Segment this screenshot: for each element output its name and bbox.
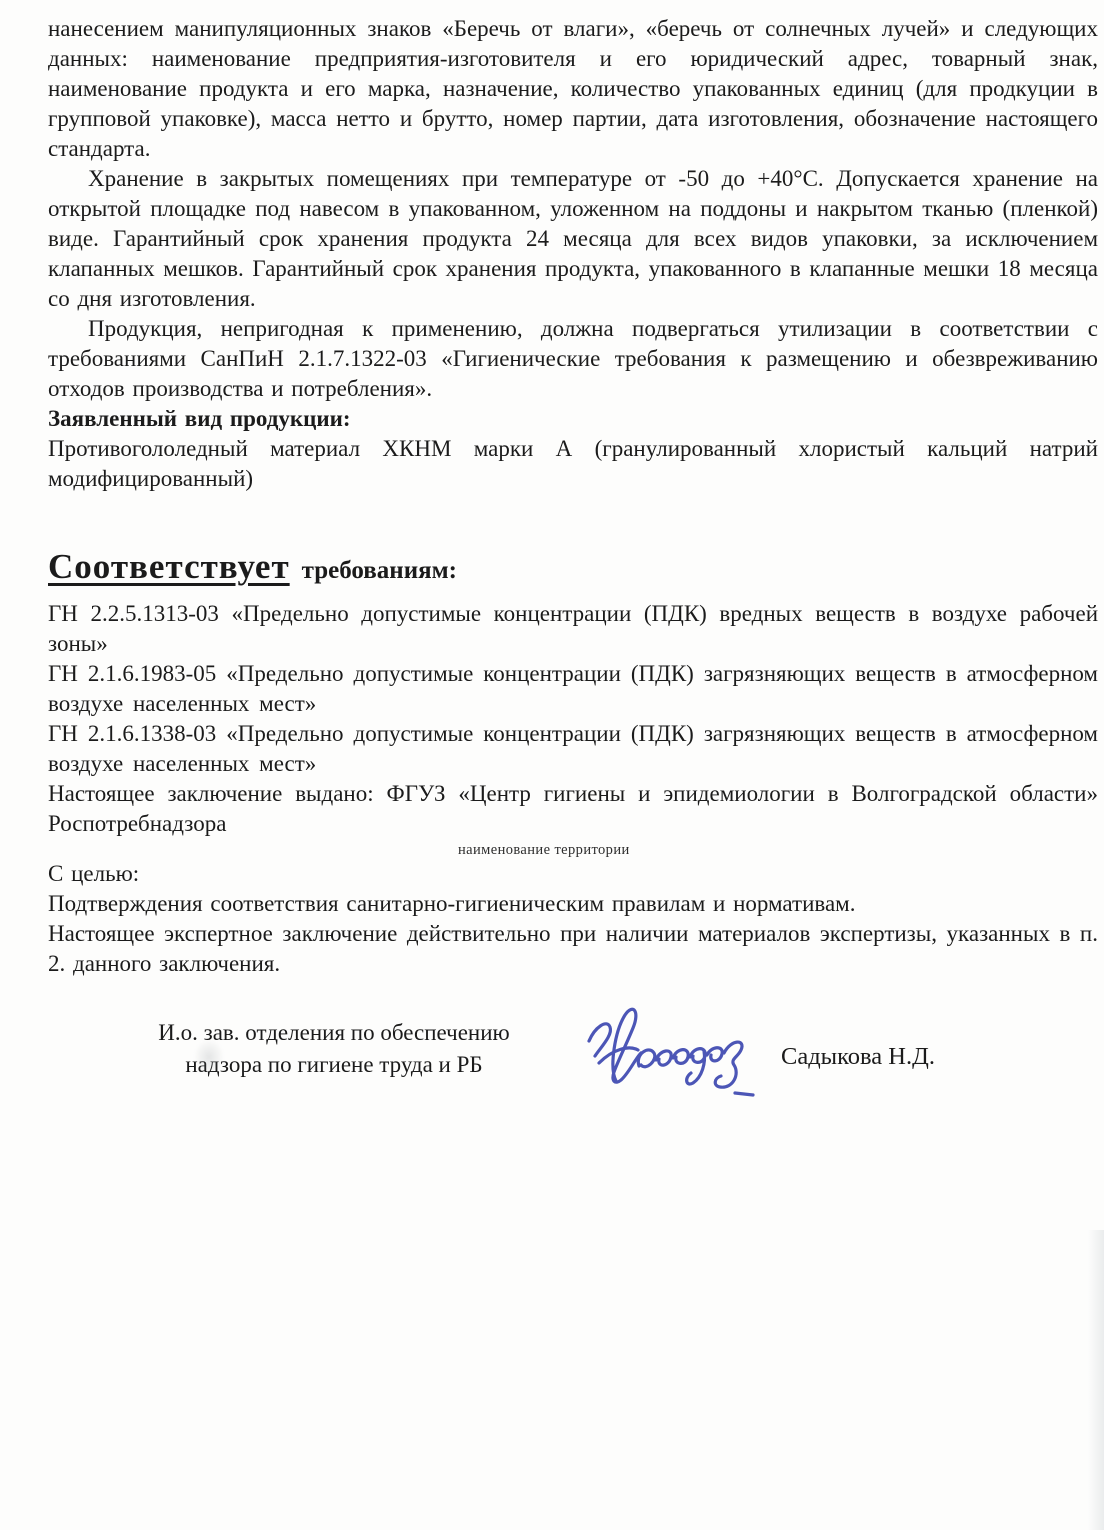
- purpose-line-validity: Настоящее экспертное заключение действит…: [48, 919, 1098, 979]
- signature-autograph: [583, 1001, 769, 1106]
- purpose-line-confirmation: Подтверждения соответствия санитарно-гиг…: [48, 889, 1098, 919]
- signature-block: И.о. зав. отделения по обеспечению надзо…: [48, 1017, 1098, 1106]
- standards-list: ГН 2.2.5.1313-03 «Предельно допустимые к…: [48, 599, 1098, 779]
- standard-item: ГН 2.1.6.1338-03 «Предельно допустимые к…: [48, 719, 1098, 779]
- standard-item: ГН 2.1.6.1983-05 «Предельно допустимые к…: [48, 659, 1098, 719]
- signer-position: И.о. зав. отделения по обеспечению надзо…: [133, 1017, 535, 1081]
- signer-name: Садыкова Н.Д.: [781, 1043, 935, 1071]
- body-paragraph-disposal: Продукция, непригодная к применению, дол…: [48, 314, 1098, 404]
- compliance-heading-main: Соответствует: [48, 547, 290, 586]
- standard-item: ГН 2.2.5.1313-03 «Предельно допустимые к…: [48, 599, 1098, 659]
- body-paragraph-storage: Хранение в закрытых помещениях при темпе…: [48, 164, 1098, 314]
- purpose-label: С целью:: [48, 859, 1098, 889]
- compliance-heading-rest: требованиям:: [302, 557, 457, 584]
- signer-position-line1: И.о. зав. отделения по обеспечению: [158, 1020, 509, 1045]
- signer-position-line2: надзора по гигиене труда и РБ: [185, 1052, 482, 1077]
- body-paragraph-continuation: нанесением манипуляционных знаков «Береч…: [48, 14, 1098, 164]
- scanned-document-page: нанесением манипуляционных знаков «Береч…: [0, 0, 1104, 1530]
- territory-caption: наименование территории: [458, 842, 1098, 859]
- issued-to-text: Настоящее заключение выдано: ФГУЗ «Центр…: [48, 779, 1098, 839]
- declared-product-heading: Заявленный вид продукции:: [48, 404, 1098, 434]
- document-content: нанесением манипуляционных знаков «Береч…: [48, 14, 1098, 1106]
- compliance-heading: Соответствуеттребованиям:: [48, 546, 1098, 595]
- declared-product-text: Противогололедный материал ХКНМ марки А …: [48, 434, 1098, 494]
